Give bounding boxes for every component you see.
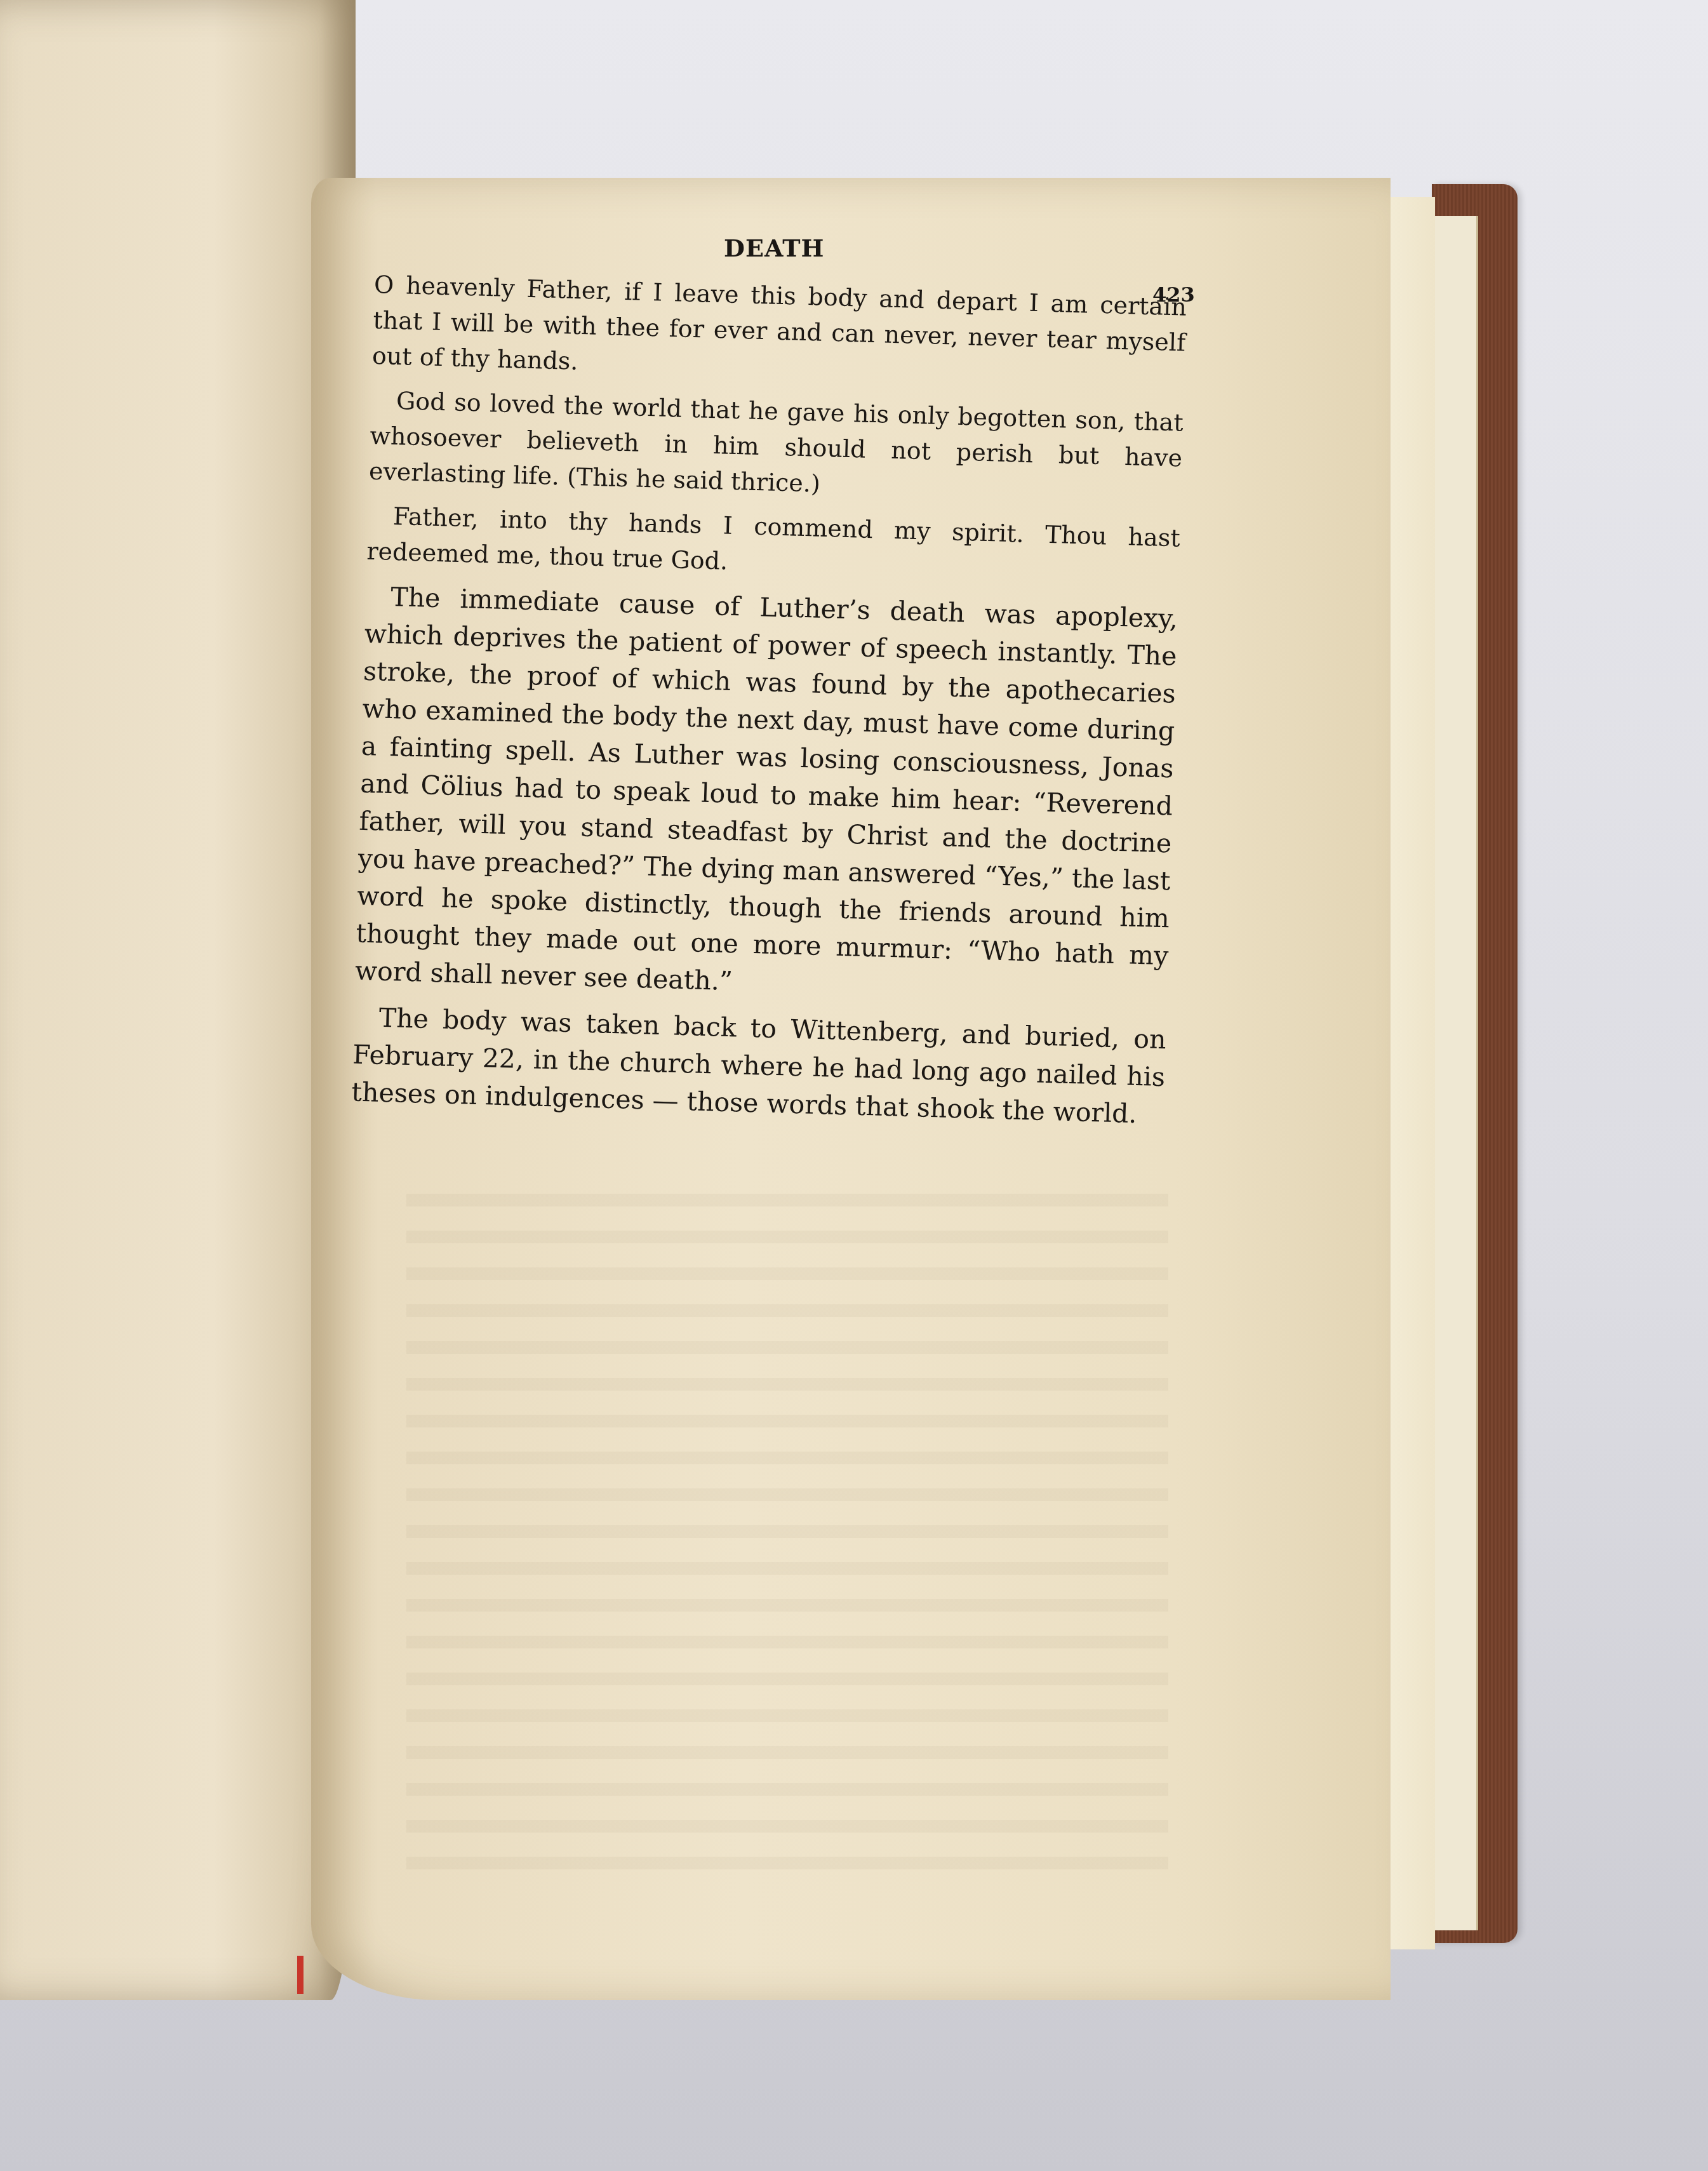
body-paragraph: The body was taken back to Wittenberg, a… — [351, 999, 1166, 1134]
running-head: DEATH — [724, 234, 825, 262]
endpaper — [1432, 216, 1478, 1930]
quote-paragraph: O heavenly Father, if I leave this body … — [371, 267, 1187, 396]
quote-paragraph: God so loved the world that he gave his … — [368, 382, 1184, 512]
show-through-text — [406, 1194, 1168, 1892]
quote-paragraph: Father, into thy hands I commend my spir… — [366, 498, 1181, 592]
page-body: O heavenly Father, if I leave this body … — [350, 267, 1187, 1142]
body-paragraph: The immediate cause of Luther’s death wa… — [354, 578, 1178, 1012]
left-page — [0, 0, 356, 2000]
red-page-edge — [297, 1956, 304, 1994]
